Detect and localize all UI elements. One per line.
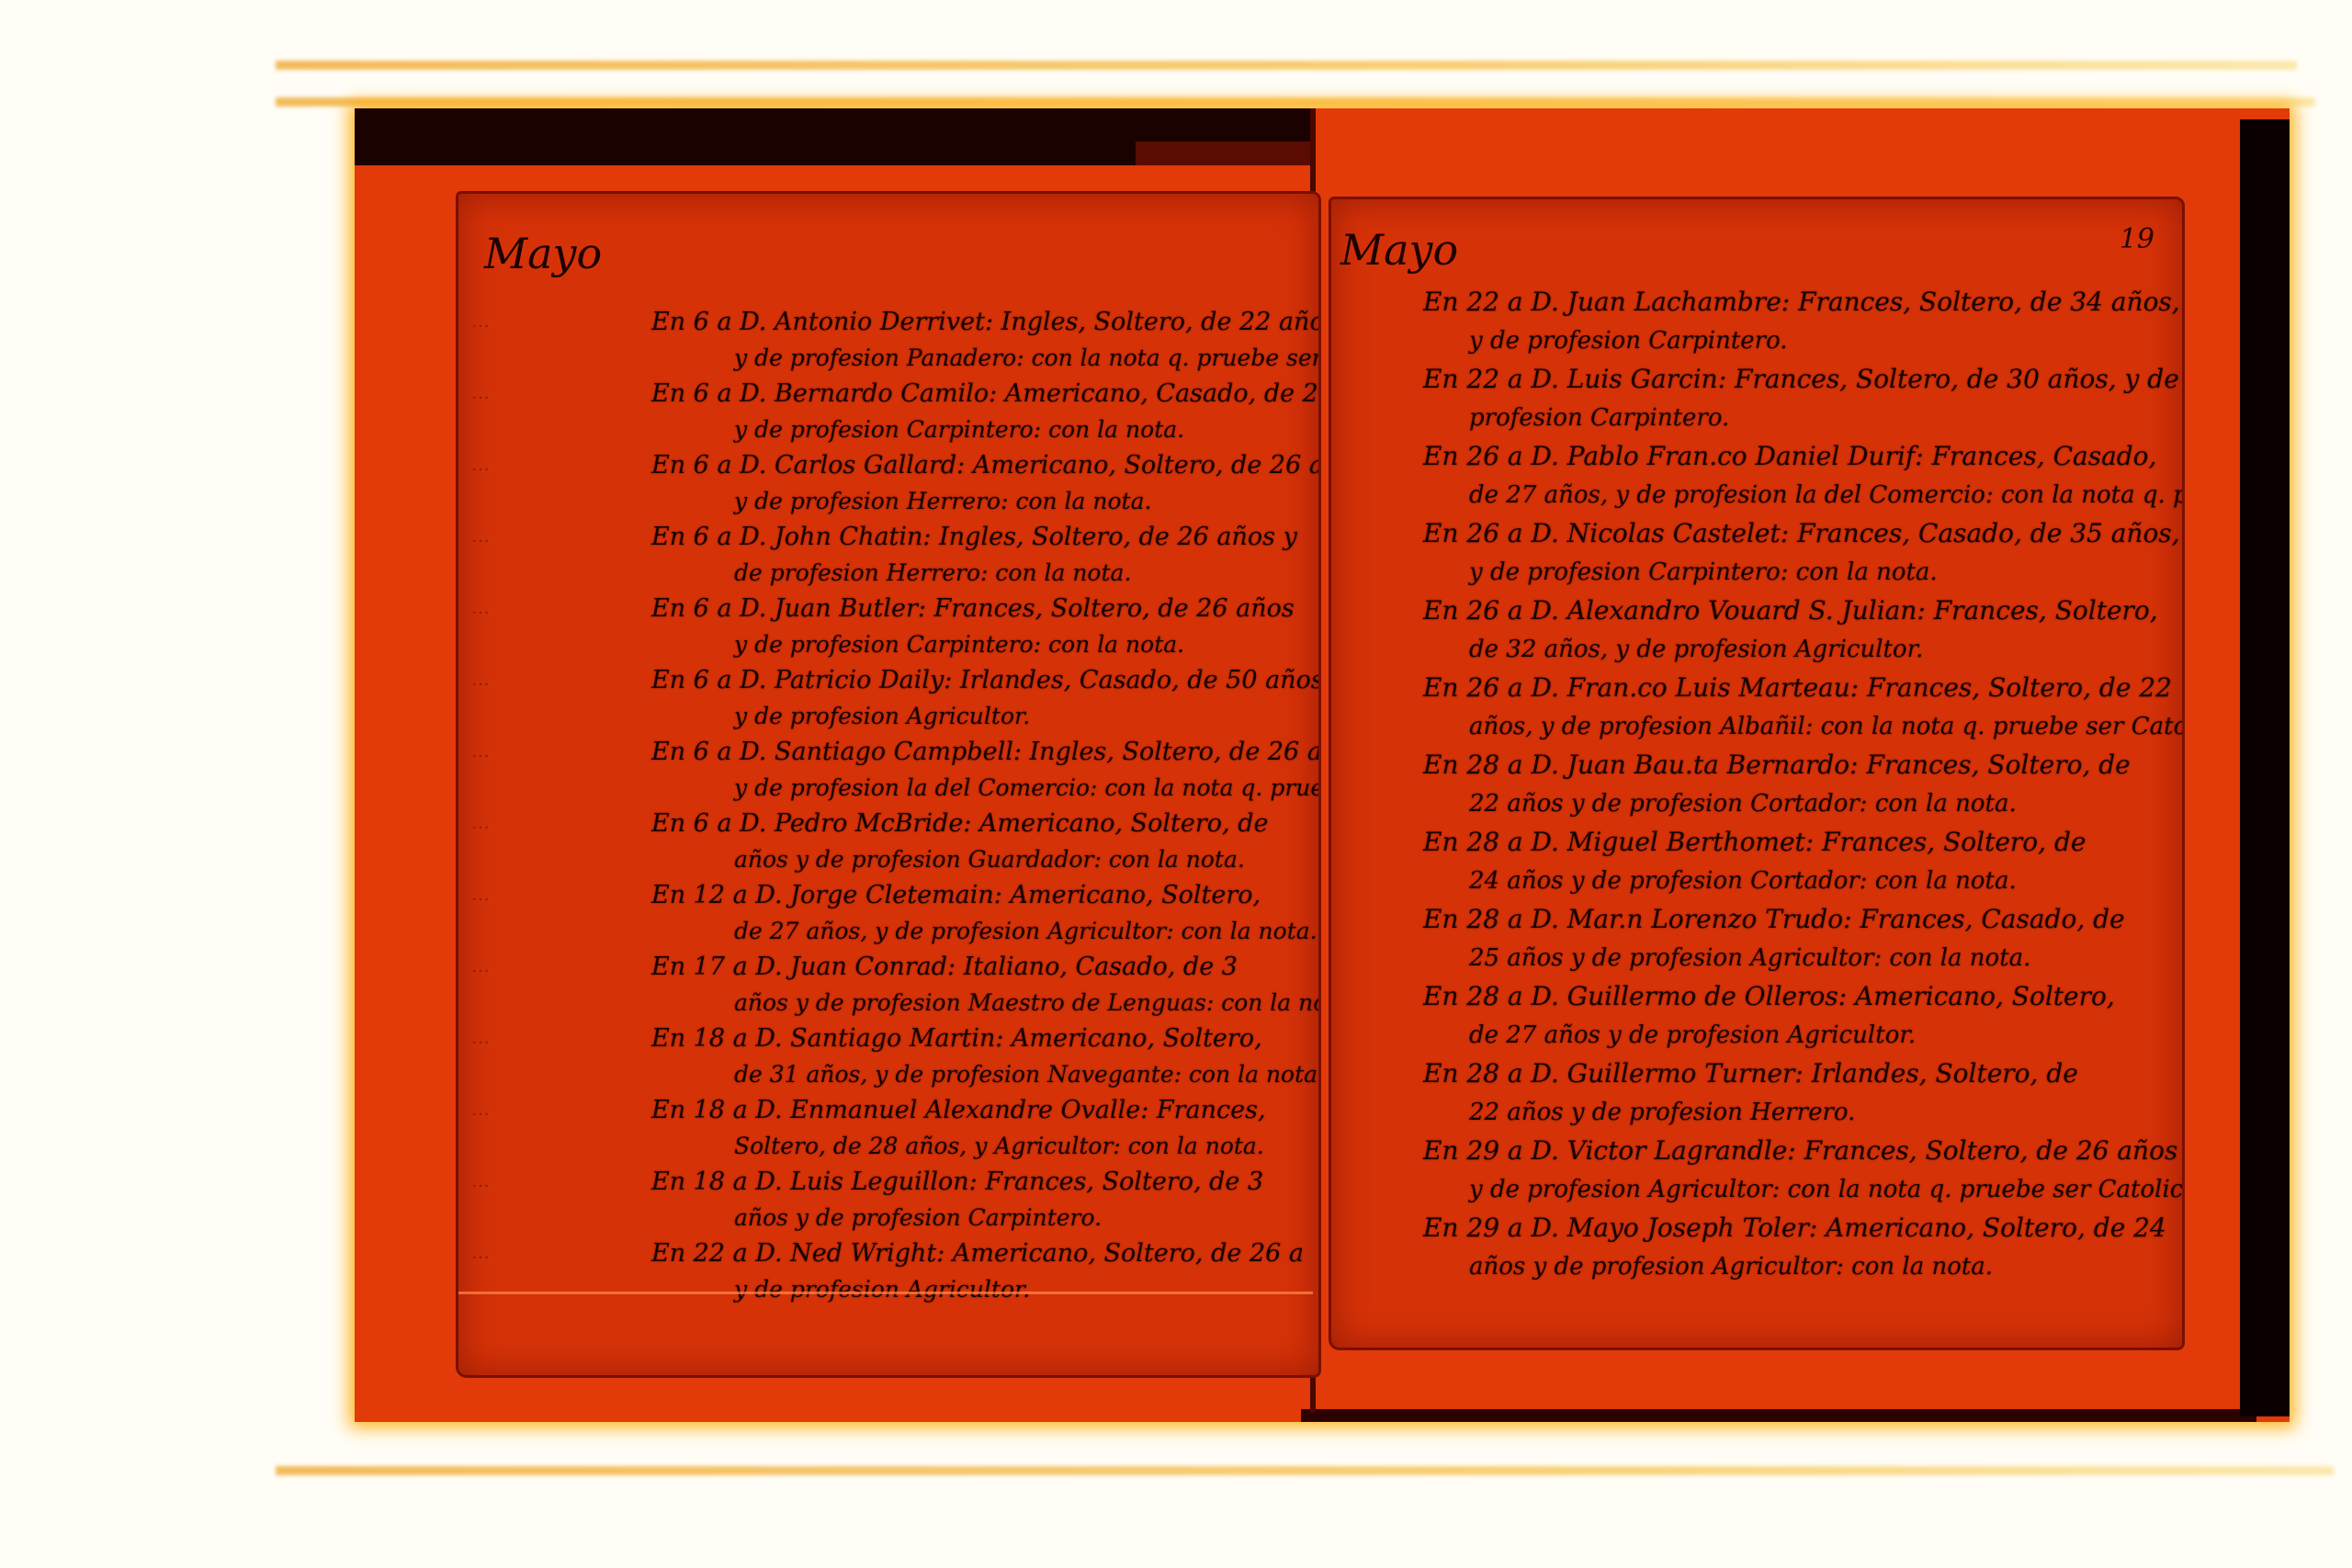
margin-note: … — [471, 381, 646, 403]
entry-line: En 26 a D. Fran.co Luis Marteau: Frances… — [1331, 668, 2182, 708]
margin-note: … — [471, 668, 646, 690]
entry-line: y de profesion Carpintero: con la nota. — [458, 412, 1318, 447]
register-entry: En 29 a D. Victor Lagrandle: Frances, So… — [1331, 1131, 2182, 1208]
register-entry: …En 17 a D. Juan Conrad: Italiano, Casad… — [458, 949, 1318, 1021]
entry-line: profesion Carpintero. — [1331, 400, 2182, 436]
register-entry: En 28 a D. Miguel Berthomet: Frances, So… — [1331, 822, 2182, 899]
left-page: Mayo …En 6 a D. Antonio Derrivet: Ingles… — [456, 191, 1321, 1378]
entry-line: En 28 a D. Guillermo Turner: Irlandes, S… — [1331, 1054, 2182, 1094]
entry-line: y de profesion la del Comercio: con la n… — [458, 771, 1318, 806]
entry-line: de profesion Herrero: con la nota. — [458, 556, 1318, 591]
entry-line: 22 años y de profesion Cortador: con la … — [1331, 785, 2182, 822]
register-entry: En 26 a D. Nicolas Castelet: Frances, Ca… — [1331, 513, 2182, 591]
entry-line: 22 años y de profesion Herrero. — [1331, 1094, 2182, 1131]
register-entry: …En 18 a D. Enmanuel Alexandre Ovalle: F… — [458, 1092, 1318, 1164]
register-entry: …En 6 a D. John Chatin: Ingles, Soltero,… — [458, 519, 1318, 591]
register-entry: …En 18 a D. Luis Leguillon: Frances, Sol… — [458, 1164, 1318, 1235]
entry-line: En 26 a D. Alexandro Vouard S. Julian: F… — [1331, 591, 2182, 631]
entry-line: y de profesion Panadero: con la nota q. … — [458, 341, 1318, 376]
entry-line: 25 años y de profesion Agricultor: con l… — [1331, 940, 2182, 976]
register-entry: En 22 a D. Juan Lachambre: Frances, Solt… — [1331, 282, 2182, 359]
left-page-entries: …En 6 a D. Antonio Derrivet: Ingles, Sol… — [458, 304, 1318, 1307]
register-entry: …En 6 a D. Carlos Gallard: Americano, So… — [458, 447, 1318, 519]
entry-line: En 29 a D. Mayo Joseph Toler: Americano,… — [1331, 1208, 2182, 1248]
register-entry: …En 6 a D. Antonio Derrivet: Ingles, Sol… — [458, 304, 1318, 376]
margin-note: … — [471, 954, 646, 976]
register-entry: …En 6 a D. Patricio Daily: Irlandes, Cas… — [458, 662, 1318, 734]
entry-line: En 28 a D. Miguel Berthomet: Frances, So… — [1331, 822, 2182, 863]
entry-line: En 22 a D. Juan Lachambre: Frances, Solt… — [1331, 282, 2182, 322]
film-edge-top — [276, 61, 2297, 70]
entry-line: En 26 a D. Pablo Fran.co Daniel Durif: F… — [1331, 436, 2182, 477]
entry-line: de 31 años, y de profesion Navegante: co… — [458, 1057, 1318, 1092]
film-scratch — [458, 1292, 1313, 1294]
film-edge-top-inner — [276, 97, 2315, 107]
register-entry: …En 6 a D. Juan Butler: Frances, Soltero… — [458, 591, 1318, 662]
entry-line: años y de profesion Guardador: con la no… — [458, 842, 1318, 877]
entry-line: En 29 a D. Victor Lagrandle: Frances, So… — [1331, 1131, 2182, 1171]
entry-line: 24 años y de profesion Cortador: con la … — [1331, 863, 2182, 899]
folio-number: 19 — [2120, 223, 2154, 255]
margin-note: … — [471, 883, 646, 905]
entry-line: años y de profesion Agricultor: con la n… — [1331, 1248, 2182, 1285]
entry-line: y de profesion Agricultor. — [458, 1272, 1318, 1307]
microfilm-frame: Mayo …En 6 a D. Antonio Derrivet: Ingles… — [355, 108, 2290, 1422]
register-entry: En 28 a D. Guillermo Turner: Irlandes, S… — [1331, 1054, 2182, 1131]
margin-note: … — [471, 453, 646, 475]
entry-line: años, y de profesion Albañil: con la not… — [1331, 708, 2182, 745]
entry-line: En 28 a D. Mar.n Lorenzo Trudo: Frances,… — [1331, 899, 2182, 940]
register-entry: En 26 a D. Fran.co Luis Marteau: Frances… — [1331, 668, 2182, 745]
margin-note: … — [471, 811, 646, 833]
entry-line: En 26 a D. Nicolas Castelet: Frances, Ca… — [1331, 513, 2182, 554]
register-entry: …En 6 a D. Bernardo Camilo: Americano, C… — [458, 376, 1318, 447]
margin-note: … — [471, 739, 646, 761]
entry-line: y de profesion Carpintero: con la nota. — [458, 627, 1318, 662]
entry-line: años y de profesion Maestro de Lenguas: … — [458, 986, 1318, 1021]
entry-line: En 28 a D. Juan Bau.ta Bernardo: Frances… — [1331, 745, 2182, 785]
left-page-month-heading: Mayo — [484, 229, 602, 278]
register-entry: En 29 a D. Mayo Joseph Toler: Americano,… — [1331, 1208, 2182, 1285]
register-entry: …En 6 a D. Pedro McBride: Americano, Sol… — [458, 806, 1318, 877]
entry-line: de 27 años, y de profesion Agricultor: c… — [458, 914, 1318, 949]
entry-line: de 32 años, y de profesion Agricultor. — [1331, 631, 2182, 668]
entry-line: Soltero, de 28 años, y Agricultor: con l… — [458, 1129, 1318, 1164]
margin-note: … — [471, 1098, 646, 1120]
margin-note: … — [471, 525, 646, 547]
entry-line: y de profesion Carpintero: con la nota. — [1331, 554, 2182, 591]
register-entry: …En 12 a D. Jorge Cletemain: Americano, … — [458, 877, 1318, 949]
right-page-entries: En 22 a D. Juan Lachambre: Frances, Solt… — [1331, 282, 2182, 1285]
entry-line: y de profesion Herrero: con la nota. — [458, 484, 1318, 519]
entry-line: de 27 años y de profesion Agricultor. — [1331, 1017, 2182, 1054]
right-page: Mayo 19 En 22 a D. Juan Lachambre: Franc… — [1329, 197, 2185, 1350]
register-entry: En 22 a D. Luis Garcin: Frances, Soltero… — [1331, 359, 2182, 436]
register-entry: En 26 a D. Pablo Fran.co Daniel Durif: F… — [1331, 436, 2182, 513]
dark-right-bar — [2240, 119, 2290, 1416]
register-entry: …En 18 a D. Santiago Martin: Americano, … — [458, 1021, 1318, 1092]
register-entry: En 28 a D. Mar.n Lorenzo Trudo: Frances,… — [1331, 899, 2182, 976]
dark-bottom-strip — [1301, 1409, 2256, 1422]
margin-note: … — [471, 1169, 646, 1191]
entry-line: años y de profesion Carpintero. — [458, 1201, 1318, 1235]
right-page-month-heading: Mayo — [1340, 225, 1458, 275]
register-entry: …En 22 a D. Ned Wright: Americano, Solte… — [458, 1235, 1318, 1307]
margin-note: … — [471, 1241, 646, 1263]
register-entry: En 28 a D. Guillermo de Olleros: America… — [1331, 976, 2182, 1054]
margin-note: … — [471, 310, 646, 332]
margin-note: … — [471, 1026, 646, 1048]
entry-line: y de profesion Carpintero. — [1331, 322, 2182, 359]
entry-line: En 22 a D. Luis Garcin: Frances, Soltero… — [1331, 359, 2182, 400]
margin-note: … — [471, 596, 646, 618]
register-entry: …En 6 a D. Santiago Campbell: Ingles, So… — [458, 734, 1318, 806]
entry-line: de 27 años, y de profesion la del Comerc… — [1331, 477, 2182, 513]
entry-line: y de profesion Agricultor. — [458, 699, 1318, 734]
film-edge-bottom — [276, 1466, 2334, 1475]
register-entry: En 26 a D. Alexandro Vouard S. Julian: F… — [1331, 591, 2182, 668]
entry-line: En 28 a D. Guillermo de Olleros: America… — [1331, 976, 2182, 1017]
register-entry: En 28 a D. Juan Bau.ta Bernardo: Frances… — [1331, 745, 2182, 822]
entry-line: y de profesion Agricultor: con la nota q… — [1331, 1171, 2182, 1208]
dark-top-notch — [1136, 141, 1310, 165]
